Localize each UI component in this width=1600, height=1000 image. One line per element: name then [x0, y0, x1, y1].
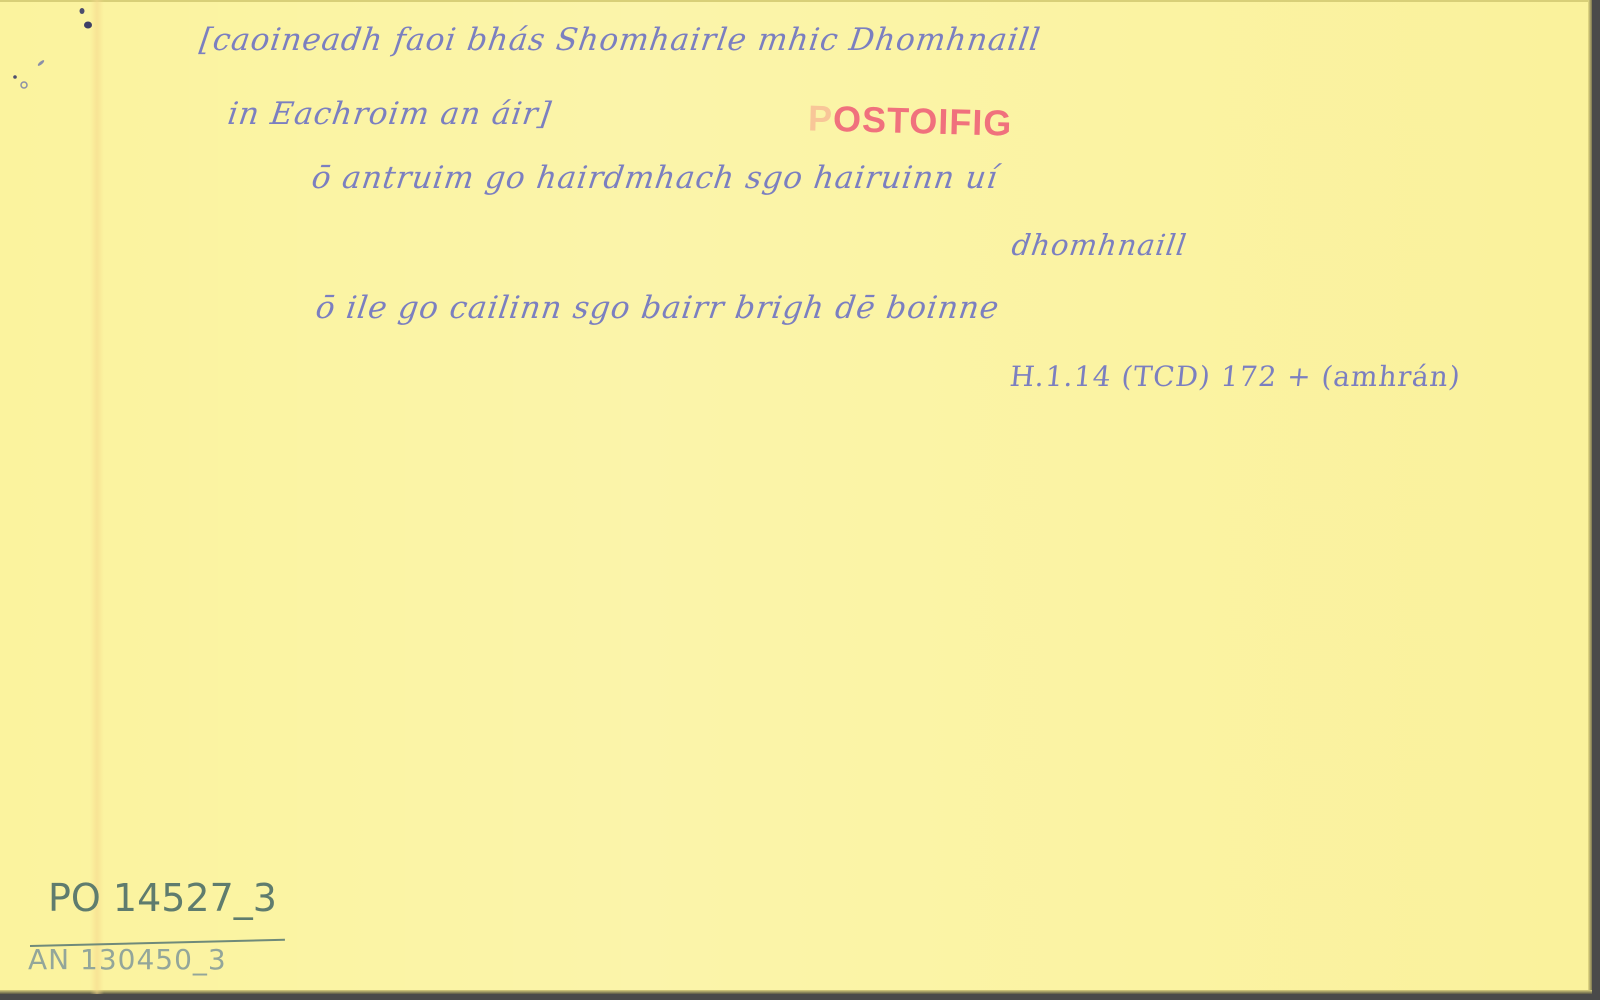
card-fold-line: [90, 0, 104, 994]
index-card: [caoineadh faoi bhás Shomhairle mhic Dho…: [0, 0, 1592, 994]
card-right-edge: [1588, 0, 1592, 994]
title-line-1: [caoineadh faoi bhás Shomhairle mhic Dho…: [197, 22, 1043, 58]
first-line-1: ō antruim go hairdmhach sgo hairuinn uí: [309, 160, 1000, 196]
title-line-2: in Eachroim an áir]: [225, 96, 553, 132]
card-bottom-edge: [0, 990, 1592, 994]
postoifig-stamp: POSTOIFIG: [807, 97, 1012, 144]
stamp-faded-letter: P: [808, 97, 834, 139]
first-line-3: ō ile go cailinn sgo bairr brigh dē boin…: [313, 290, 1001, 326]
manuscript-reference: H.1.14 (TCD) 172 + (amhrán): [1008, 360, 1462, 393]
ink-specks-decoration: [0, 0, 200, 120]
stamp-text: OSTOIFIG: [833, 98, 1013, 144]
po-number: PO 14527_3: [48, 876, 277, 920]
card-top-edge: [0, 0, 1592, 2]
an-number: AN 130450_3: [28, 943, 227, 976]
first-line-2: dhomhnaill: [1010, 228, 1189, 262]
